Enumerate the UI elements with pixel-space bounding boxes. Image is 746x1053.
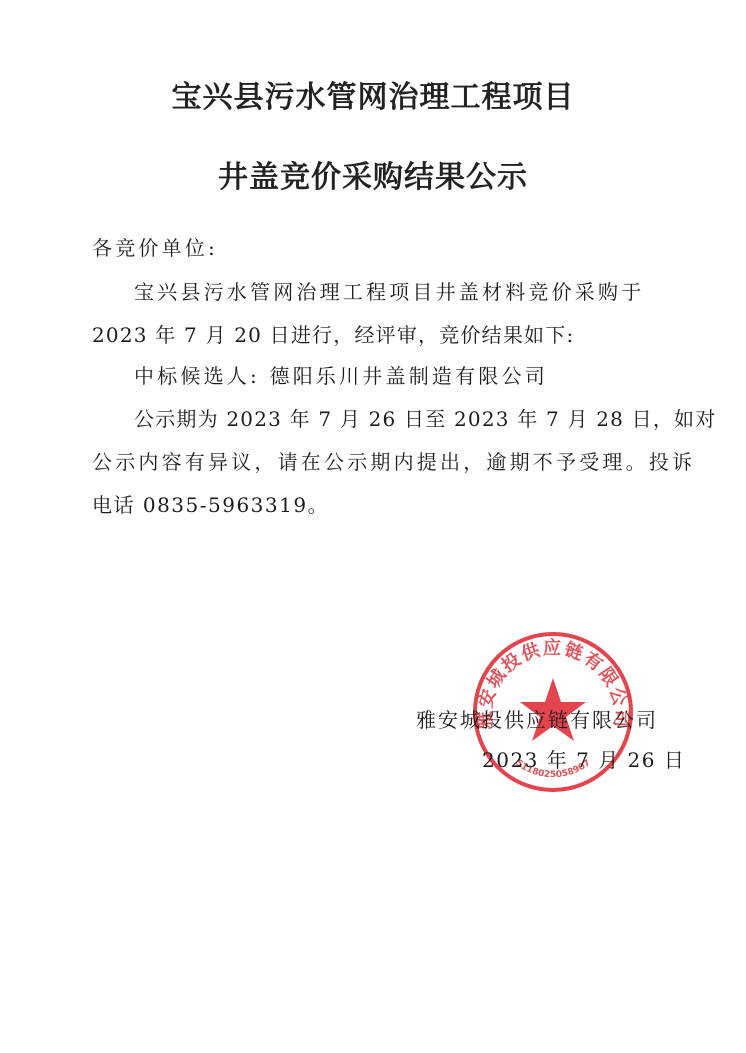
body-paragraph-1-line1: 宝兴县污水管网治理工程项目井盖材料竞价采购于 <box>134 276 644 305</box>
body-paragraph-2-line1: 公示期为 2023 年 7 月 26 日至 2023 年 7 月 28 日，如对 <box>134 403 716 432</box>
signature-company: 雅安城投供应链有限公司 <box>416 704 658 733</box>
winning-candidate: 中标候选人: 德阳乐川井盖制造有限公司 <box>134 360 548 389</box>
body-paragraph-2-line2: 公示内容有异议，请在公示期内提出，逾期不予受理。投诉 <box>92 446 695 475</box>
document-title-line1: 宝兴县污水管网治理工程项目 <box>0 72 746 116</box>
complaint-phone: 电话 0835-5963319。 <box>92 489 329 518</box>
body-paragraph-1-line2: 2023 年 7 月 20 日进行，经评审，竞价结果如下: <box>92 319 574 348</box>
signature-date: 2023 年 7 月 26 日 <box>482 744 685 773</box>
salutation: 各竞价单位: <box>92 232 218 261</box>
document-title-line2: 井盖竞价采购结果公示 <box>0 152 746 196</box>
